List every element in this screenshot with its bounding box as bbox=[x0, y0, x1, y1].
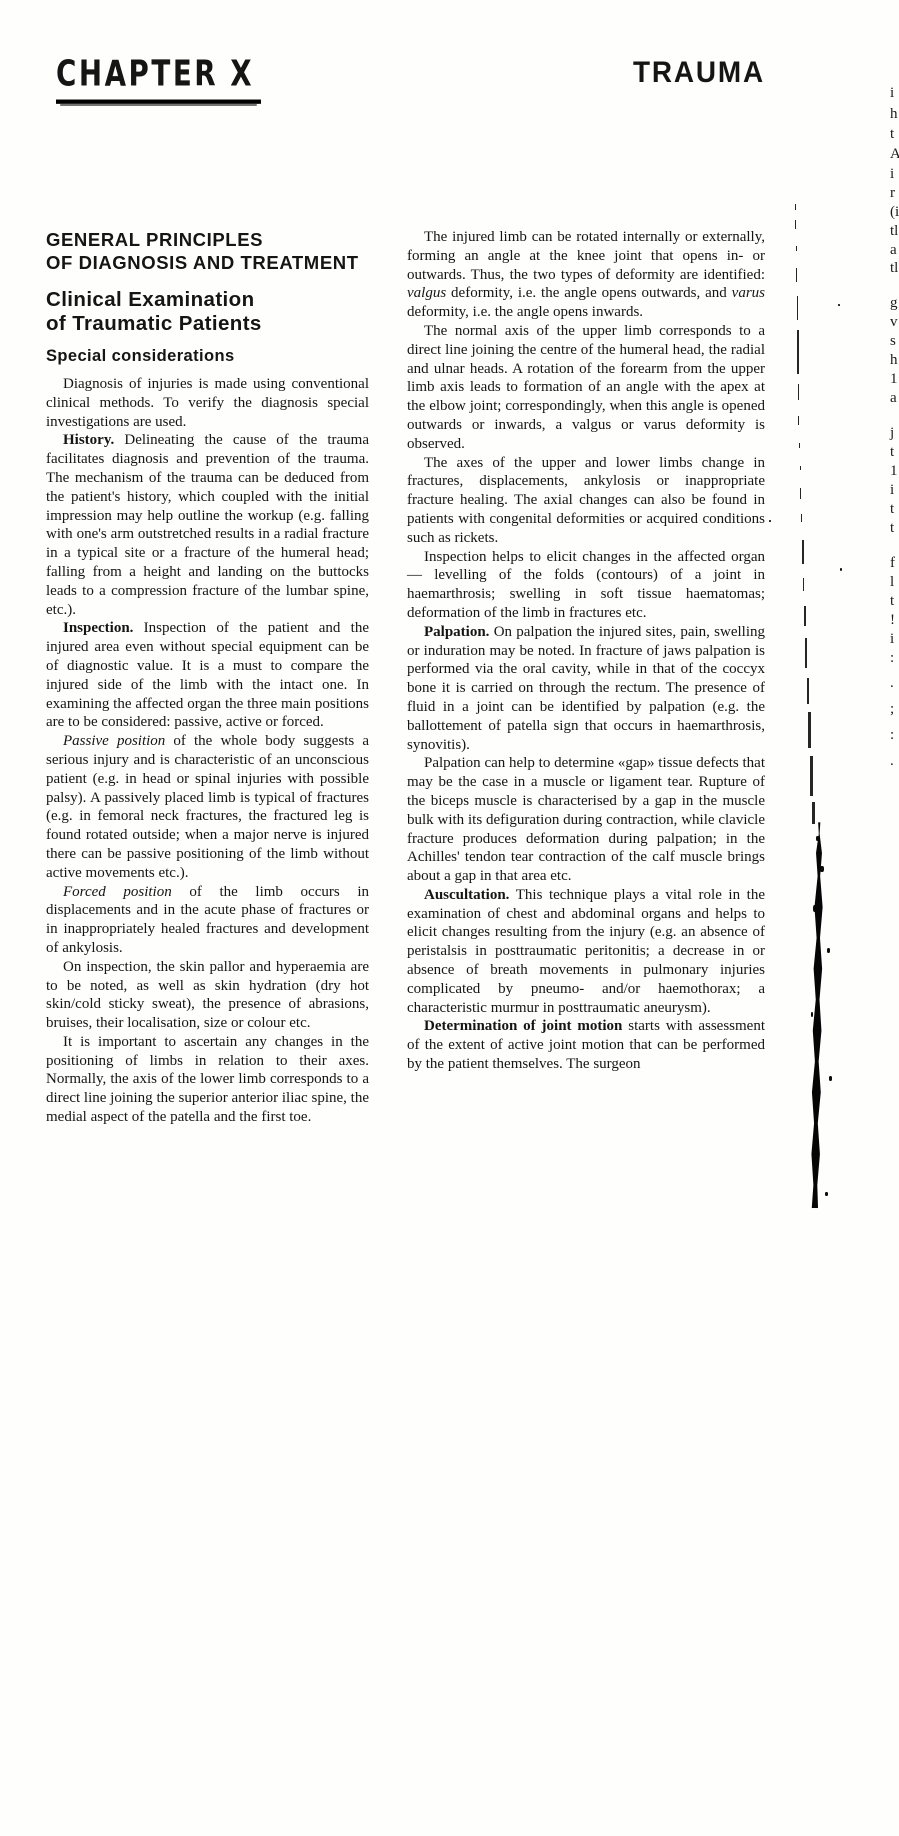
page-edge-text-fragment: t bbox=[890, 521, 894, 536]
text-segment: deformity, i.e. the angle opens inwards. bbox=[407, 304, 643, 320]
page-edge-text-fragment: l bbox=[890, 575, 894, 590]
paragraph: Inspection helps to elicit changes in th… bbox=[407, 548, 765, 623]
text-segment: deformity, i.e. the angle opens outwards… bbox=[446, 285, 731, 301]
gutter-fold-mark bbox=[797, 330, 799, 374]
page-edge-text-fragment: ! bbox=[890, 613, 895, 628]
page-edge-text-fragment: . bbox=[890, 754, 894, 769]
page-edge-text-fragment: a bbox=[890, 391, 897, 406]
text-segment: Palpation. bbox=[424, 624, 489, 640]
paragraph: The axes of the upper and lower limbs ch… bbox=[407, 454, 765, 548]
page-edge-text-fragment: a bbox=[890, 243, 897, 258]
gutter-fold-mark bbox=[807, 678, 809, 704]
paragraph: The normal axis of the upper limb corres… bbox=[407, 322, 765, 454]
page-edge-text-fragment: tl bbox=[890, 261, 898, 276]
ink-speck bbox=[769, 520, 771, 522]
page-header-title: TRAUMA bbox=[633, 56, 765, 90]
text-segment: Palpation can help to determine «gap» ti… bbox=[407, 755, 765, 884]
subsection-heading: Clinical Examination of Traumatic Patien… bbox=[46, 288, 369, 336]
paragraph: Forced position of the limb occurs in di… bbox=[46, 883, 369, 958]
gutter-fold-mark bbox=[803, 578, 804, 591]
page-edge-text-fragment: . bbox=[890, 676, 894, 691]
text-segment: On palpation the injured sites, pain, sw… bbox=[407, 624, 765, 753]
paragraph: Passive position of the whole body sugge… bbox=[46, 732, 369, 882]
text-segment: Inspection. bbox=[63, 620, 133, 636]
scanned-book-page: CHAPTER X TRAUMA GENERAL PRINCIPLES OF D… bbox=[0, 0, 899, 1836]
binding-ink-streak bbox=[804, 822, 828, 1208]
page-edge-text-fragment: i bbox=[890, 167, 894, 182]
text-segment: Auscultation. bbox=[424, 887, 509, 903]
paragraph: The injured limb can be rotated internal… bbox=[407, 228, 765, 322]
gutter-fold-mark bbox=[801, 514, 802, 522]
page-edge-text-fragment: f bbox=[890, 556, 895, 571]
gutter-fold-mark bbox=[805, 638, 807, 668]
gutter-fold-mark bbox=[812, 802, 815, 824]
left-text-column: GENERAL PRINCIPLES OF DIAGNOSIS AND TREA… bbox=[46, 228, 369, 1127]
section-heading: GENERAL PRINCIPLES OF DIAGNOSIS AND TREA… bbox=[46, 228, 369, 274]
gutter-fold-mark bbox=[808, 712, 811, 748]
page-edge-text-fragment: t bbox=[890, 445, 894, 460]
page-edge-text-fragment: : bbox=[890, 651, 894, 666]
gutter-fold-mark bbox=[804, 606, 806, 626]
text-segment: Delineating the cause of the trauma faci… bbox=[46, 432, 369, 617]
page-edge-text-fragment: i bbox=[890, 86, 894, 101]
text-segment: On inspection, the skin pallor and hyper… bbox=[46, 959, 369, 1031]
paragraph: Auscultation. This technique plays a vit… bbox=[407, 886, 765, 1018]
text-segment: The injured limb can be rotated internal… bbox=[407, 229, 765, 283]
page-edge-text-fragment: A bbox=[890, 147, 899, 162]
left-column-paragraphs: Diagnosis of injuries is made using conv… bbox=[46, 375, 369, 1127]
paragraph: It is important to ascertain any changes… bbox=[46, 1033, 369, 1127]
page-edge-text-fragment: j bbox=[890, 426, 894, 441]
page-edge-text-fragment: 1 bbox=[890, 372, 898, 387]
page-edge-text-fragment: h bbox=[890, 107, 898, 122]
page-edge-text-fragment: ; bbox=[890, 702, 894, 717]
page-edge-text-fragment: t bbox=[890, 502, 894, 517]
gutter-fold-mark bbox=[799, 443, 800, 448]
ink-speck bbox=[838, 304, 840, 306]
page-edge-text-fragment: i bbox=[890, 632, 894, 647]
right-text-column: The injured limb can be rotated internal… bbox=[407, 228, 765, 1074]
gutter-fold-mark bbox=[796, 246, 797, 251]
page-edge-text-fragment: s bbox=[890, 334, 896, 349]
chapter-heading: CHAPTER X bbox=[56, 52, 261, 104]
page-edge-text-fragment: : bbox=[890, 728, 894, 743]
ink-speck bbox=[840, 568, 842, 571]
text-segment: Forced position bbox=[63, 884, 172, 900]
gutter-fold-mark bbox=[798, 384, 799, 400]
gutter-fold-mark bbox=[798, 416, 799, 425]
page-edge-text-fragment: r bbox=[890, 186, 895, 201]
text-segment: Diagnosis of injuries is made using conv… bbox=[46, 376, 369, 430]
ink-speck bbox=[825, 1192, 828, 1196]
text-segment: History. bbox=[63, 432, 114, 448]
ink-speck bbox=[829, 1076, 832, 1081]
gutter-fold-mark bbox=[810, 756, 813, 796]
paragraph: History. Delineating the cause of the tr… bbox=[46, 431, 369, 619]
gutter-fold-mark bbox=[800, 466, 801, 470]
subsubsection-heading: Special considerations bbox=[46, 346, 369, 366]
text-segment: This technique plays a vital role in the… bbox=[407, 887, 765, 1016]
paragraph: On inspection, the skin pallor and hyper… bbox=[46, 958, 369, 1033]
page-edge-text-fragment: g bbox=[890, 296, 898, 311]
gutter-fold-mark bbox=[795, 204, 796, 210]
paragraph: Diagnosis of injuries is made using conv… bbox=[46, 375, 369, 431]
text-segment: Passive position bbox=[63, 733, 165, 749]
text-segment: Inspection helps to elicit changes in th… bbox=[407, 549, 765, 621]
page-edge-text-fragment: tl bbox=[890, 224, 898, 239]
text-segment: The normal axis of the upper limb corres… bbox=[407, 323, 765, 452]
ink-speck bbox=[827, 948, 830, 953]
gutter-fold-mark bbox=[800, 488, 801, 499]
text-segment: It is important to ascertain any changes… bbox=[46, 1034, 369, 1125]
page-edge-text-fragment: t bbox=[890, 594, 894, 609]
paragraph: Palpation. On palpation the injured site… bbox=[407, 623, 765, 755]
text-segment: Determination of joint motion bbox=[424, 1018, 622, 1034]
paragraph: Determination of joint motion starts wit… bbox=[407, 1017, 765, 1073]
page-edge-text-fragment: 1 bbox=[890, 464, 898, 479]
gutter-fold-mark bbox=[795, 220, 796, 229]
gutter-fold-mark bbox=[797, 296, 798, 320]
text-segment: The axes of the upper and lower limbs ch… bbox=[407, 455, 765, 546]
page-edge-text-fragment: (i bbox=[890, 205, 899, 220]
text-segment: valgus bbox=[407, 285, 446, 301]
gutter-fold-mark bbox=[802, 540, 804, 564]
text-segment: varus bbox=[732, 285, 765, 301]
page-edge-text-fragment: i bbox=[890, 483, 894, 498]
page-edge-text-fragment: h bbox=[890, 353, 898, 368]
page-edge-text-fragment: v bbox=[890, 315, 898, 330]
paragraph: Inspection. Inspection of the patient an… bbox=[46, 619, 369, 732]
gutter-fold-mark bbox=[796, 268, 797, 282]
page-edge-text-fragment: t bbox=[890, 127, 894, 142]
text-segment: Inspection of the patient and the injure… bbox=[46, 620, 369, 730]
ink-speck bbox=[811, 1012, 813, 1017]
text-segment: of the whole body suggests a serious inj… bbox=[46, 733, 369, 881]
paragraph: Palpation can help to determine «gap» ti… bbox=[407, 754, 765, 886]
